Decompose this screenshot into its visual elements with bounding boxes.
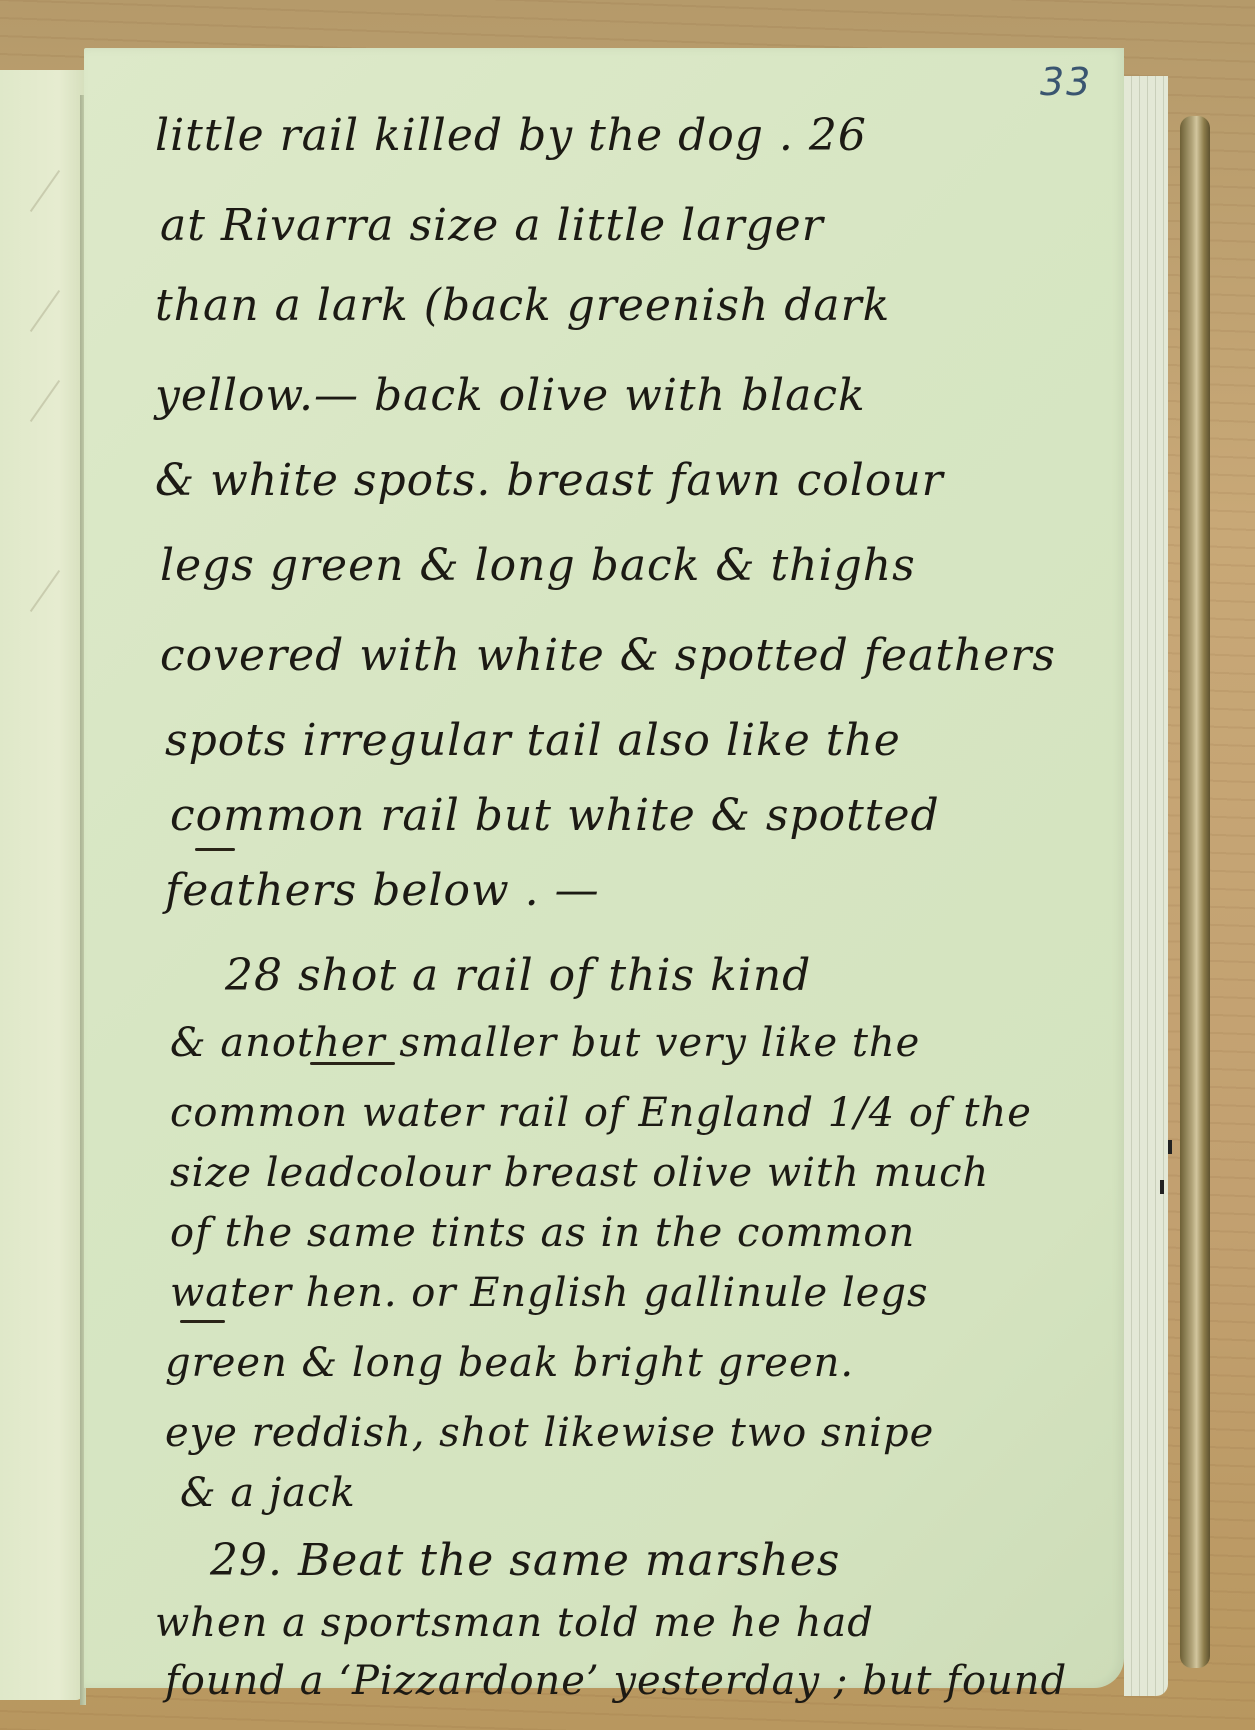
- text-line-7: covered with white & spotted feathers: [160, 630, 1056, 681]
- text-line-13: common water rail of England 1/4 of the: [170, 1090, 1032, 1136]
- text-line-10: feathers below . —: [165, 865, 600, 916]
- text-line-16: water hen. or English gallinule legs: [170, 1270, 929, 1316]
- text-line-1: little rail killed by the dog . 26: [155, 110, 867, 161]
- text-line-8: spots irregular tail also like the: [165, 715, 901, 766]
- text-line-18: eye reddish, shot likewise two snipe: [165, 1410, 934, 1456]
- text-line-19: & a jack: [180, 1470, 356, 1516]
- text-line-21: when a sportsman told me he had: [155, 1600, 874, 1646]
- ink-bleed: [30, 570, 60, 612]
- text-line-12: & another smaller but very like the: [170, 1020, 920, 1066]
- underline-mark: [195, 848, 235, 851]
- text-line-22: found a ‘Pizzardone’ yesterday ; but fou…: [165, 1658, 1067, 1704]
- edge-ink-mark: [1160, 1180, 1164, 1194]
- underline-mark: [310, 1062, 395, 1065]
- ink-bleed: [30, 290, 60, 332]
- text-line-14: size leadcolour breast olive with much: [170, 1150, 989, 1196]
- text-line-11: 28 shot a rail of this kind: [225, 950, 811, 1001]
- underline-mark: [180, 1320, 225, 1323]
- text-line-20: 29. Beat the same marshes: [210, 1535, 840, 1586]
- edge-ink-mark: [1168, 1140, 1172, 1154]
- page-number: 33: [1040, 60, 1092, 104]
- ink-bleed: [30, 170, 60, 212]
- text-line-3: than a lark (back greenish dark: [155, 280, 890, 331]
- text-line-15: of the same tints as in the common: [170, 1210, 915, 1256]
- text-line-4: yellow.— back olive with black: [155, 370, 866, 421]
- text-line-6: legs green & long back & thighs: [160, 540, 916, 591]
- page-edges: [1124, 76, 1168, 1696]
- text-line-5: & white spots. breast fawn colour: [155, 455, 944, 506]
- book-spine: [1180, 116, 1210, 1668]
- text-line-9: common rail but white & spotted: [170, 790, 940, 841]
- text-line-2: at Rivarra size a little larger: [160, 200, 824, 251]
- left-page: [0, 70, 84, 1700]
- text-line-17: green & long beak bright green.: [165, 1340, 854, 1386]
- ink-bleed: [30, 380, 60, 422]
